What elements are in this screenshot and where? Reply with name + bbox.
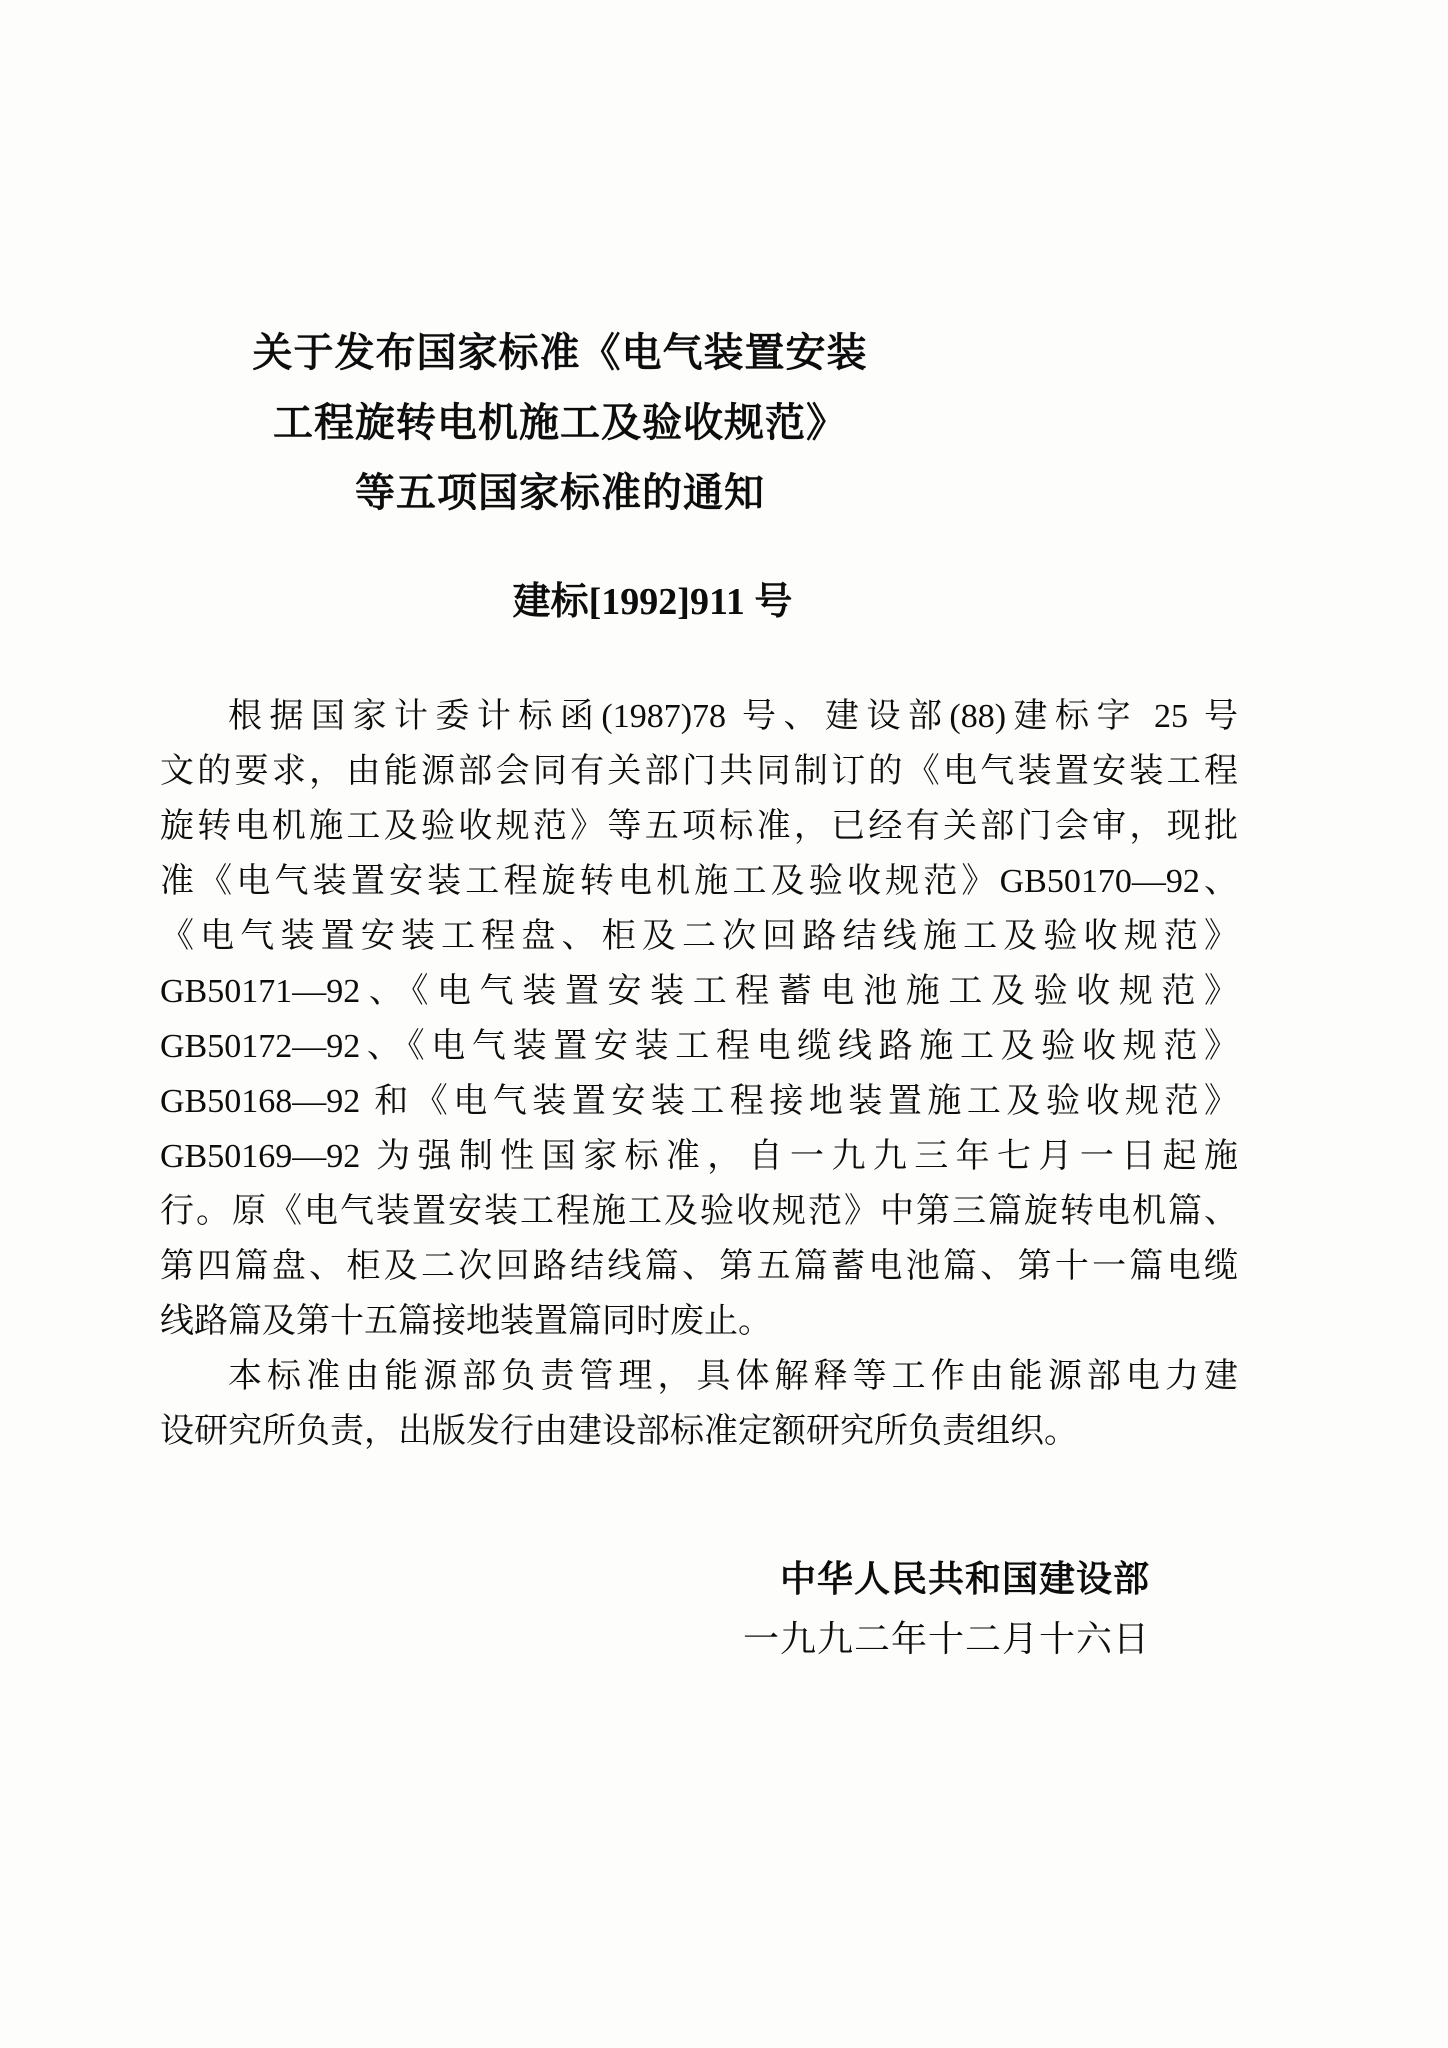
body-line: GB50169—92 为强制性国家标准，自一九九三年七月一日起施 (160, 1129, 1238, 1184)
body-line: 本标准由能源部负责管理，具体解释等工作由能源部电力建 (160, 1349, 1238, 1404)
title-line-2: 工程旋转电机施工及验收规范》 (160, 388, 960, 458)
body-line: 第四篇盘、柜及二次回路结线篇、第五篇蓄电池篇、第十一篇电缆 (160, 1239, 1238, 1294)
body-line: 根据国家计委计标函(1987)78 号、建设部(88)建标字 25 号 (160, 689, 1238, 744)
body-line: 设研究所负责，出版发行由建设部标准定额研究所负责组织。 (160, 1404, 1238, 1459)
notice-title: 关于发布国家标准《电气装置安装 工程旋转电机施工及验收规范》 等五项国家标准的通… (160, 318, 960, 528)
body-line: GB50172—92、《电气装置安装工程电缆线路施工及验收规范》 (160, 1019, 1238, 1074)
title-line-3: 等五项国家标准的通知 (160, 458, 960, 528)
body-line: GB50168—92 和《电气装置安装工程接地装置施工及验收规范》 (160, 1074, 1238, 1129)
body-line: 旋转电机施工及验收规范》等五项标准，已经有关部门会审，现批 (160, 799, 1238, 854)
issue-date: 一九九二年十二月十六日 (743, 1612, 1150, 1667)
notice-body: 根据国家计委计标函(1987)78 号、建设部(88)建标字 25 号 文的要求… (160, 689, 1238, 1459)
title-line-1: 关于发布国家标准《电气装置安装 (160, 318, 960, 388)
body-line: 《电气装置安装工程盘、柜及二次回路结线施工及验收规范》 (160, 909, 1238, 964)
body-line: 线路篇及第十五篇接地装置篇同时废止。 (160, 1294, 1238, 1349)
issuing-authority: 中华人民共和国建设部 (780, 1552, 1150, 1607)
body-line: 行。原《电气装置安装工程施工及验收规范》中第三篇旋转电机篇、 (160, 1184, 1238, 1239)
body-line: 文的要求，由能源部会同有关部门共同制订的《电气装置安装工程 (160, 744, 1238, 799)
body-line: GB50171—92、《电气装置安装工程蓄电池施工及验收规范》 (160, 964, 1238, 1019)
scanned-notice-page: 关于发布国家标准《电气装置安装 工程旋转电机施工及验收规范》 等五项国家标准的通… (0, 0, 1448, 2048)
document-number: 建标[1992]911 号 (160, 575, 1145, 630)
body-line: 准《电气装置安装工程旋转电机施工及验收规范》GB50170—92、 (160, 854, 1238, 909)
